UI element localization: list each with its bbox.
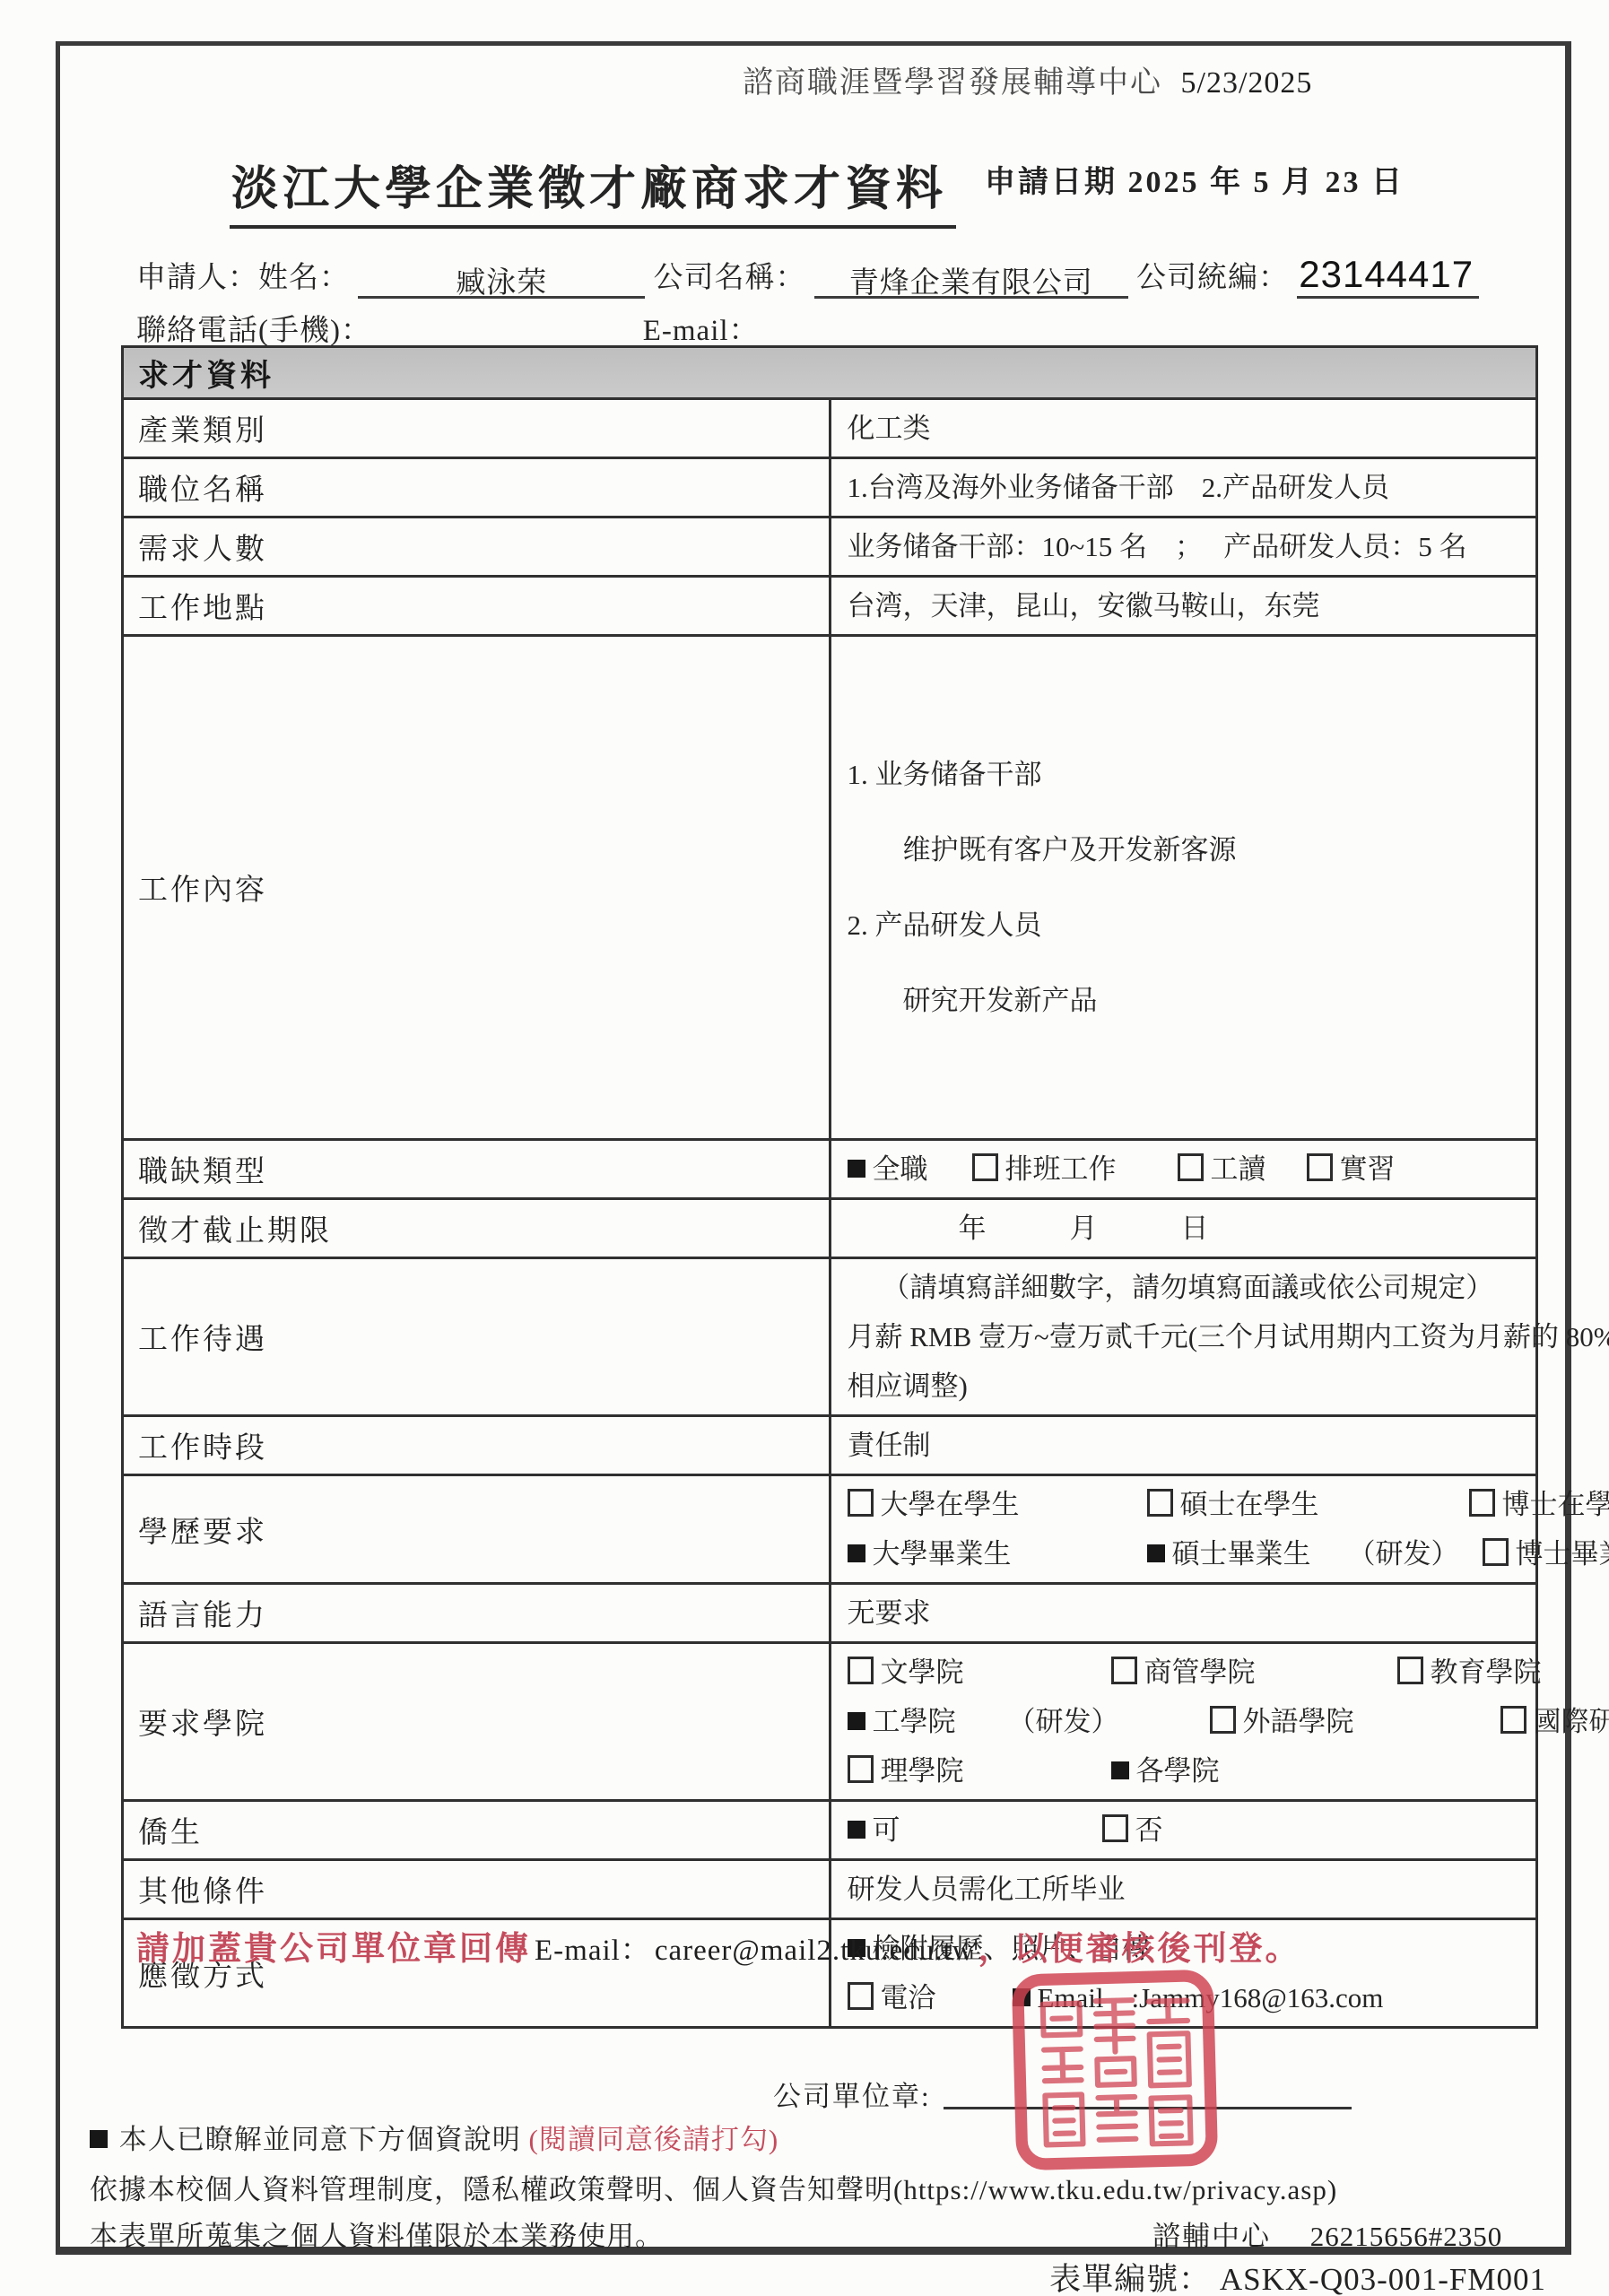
row-value: 年 月 日: [830, 1199, 1537, 1258]
form-title-row: 淡江大學企業徵才廠商求才資料 申請日期 2025 年 5 月 23 日: [230, 151, 1405, 229]
checkbox-filled-icon: [848, 1821, 865, 1839]
row-label: 學歷要求: [123, 1475, 831, 1584]
table-row: 其他條件研发人员需化工所毕业: [123, 1860, 1537, 1919]
center-header: 諮商職涯暨學習發展輔導中心 5/23/2025: [743, 57, 1312, 101]
cell-text: 年 月 日: [848, 1204, 1209, 1253]
checkbox-option-checked: 各學院: [1111, 1746, 1220, 1796]
checkbox-filled-icon: [1111, 1761, 1129, 1779]
stamp-return-notice: 請加蓋貴公司單位章回傳 E-mail： career@mail2.tku.edu…: [136, 1921, 1301, 1970]
notice-red-suffix: ，以便審核後刊登。: [978, 1931, 1301, 1968]
phone-blank: [379, 309, 572, 349]
checkbox-option-unchecked: 電洽: [848, 1973, 1000, 2022]
checkbox-option-checked: 大學畢業生: [848, 1529, 1135, 1578]
row-value: （請填寫詳細數字，請勿填寫面議或依公司規定）月薪 RMB 壹万~壹万贰千元(三个…: [830, 1258, 1537, 1416]
company-seal-stamp: [1009, 1967, 1221, 2173]
checkbox-option-unchecked: 國際研究學院: [1500, 1697, 1609, 1746]
checkbox-empty-icon: [1397, 1657, 1423, 1684]
checkbox-option-checked: 可: [848, 1805, 1090, 1855]
consent-text: 本人已瞭解並同意下方個資說明: [119, 2124, 521, 2155]
cell-text: 1.台湾及海外业务储备干部 2.产品研发人员: [848, 463, 1390, 512]
checkbox-empty-icon: [1178, 1153, 1204, 1181]
checkbox-empty-icon: [848, 1489, 874, 1517]
notice-email-label: E-mail：: [535, 1935, 651, 1967]
cell-text: 2. 产品研发人员: [848, 888, 1042, 963]
row-label: 工作地點: [123, 577, 831, 636]
company-name-label: 公司名稱：: [654, 262, 806, 294]
checkbox-option-unchecked: 實習: [1307, 1144, 1396, 1194]
privacy-policy-line: 依據本校個人資料管理制度，隱私權政策聲明、個人資告知聲明(https://www…: [90, 2167, 1337, 2207]
option-label: 碩士畢業生: [1172, 1538, 1311, 1570]
option-label: 各學院: [1136, 1755, 1220, 1787]
checkbox-option-unchecked: 理學院: [848, 1746, 1099, 1796]
notice-red-prefix: 請加蓋貴公司單位章回傳: [136, 1931, 531, 1968]
row-label: 僑生: [123, 1801, 831, 1860]
checkbox-filled-icon: [848, 1160, 865, 1178]
cell-text: 台湾，天津，昆山，安徽马鞍山，东莞: [848, 581, 1320, 631]
table-row: 職位名稱1.台湾及海外业务储备干部 2.产品研发人员: [123, 458, 1537, 517]
tax-id-value: 23144417: [1297, 253, 1479, 299]
option-label: 國際研究學院: [1534, 1706, 1609, 1737]
checkbox-empty-icon: [972, 1153, 998, 1181]
center-contact-line: 諮輔中心 26215656#2350: [1152, 2213, 1502, 2254]
row-value: 无要求: [830, 1584, 1537, 1643]
cell-text: 业务储备干部：10~15 名 ； 产品研发人员：5 名: [848, 522, 1467, 571]
job-info-table: 求才資料 產業類別化工类職位名稱1.台湾及海外业务储备干部 2.产品研发人员需求…: [121, 345, 1538, 2029]
cell-text: 维护既有客户及开发新客源: [848, 813, 1237, 888]
center-contact-name: 諮輔中心: [1152, 2221, 1271, 2252]
applicant-line-1: 申請人：姓名： 臧泳荣 公司名稱： 青烽企業有限公司 公司統編： 2314441…: [136, 253, 1479, 299]
option-label: 文學院: [881, 1657, 964, 1688]
row-label: 工作時段: [123, 1416, 831, 1475]
checkbox-option-unchecked: 大學在學生: [848, 1480, 1135, 1529]
option-label: 博士在學生: [1502, 1489, 1609, 1520]
applicant-name-value: 臧泳荣: [358, 259, 645, 299]
checkbox-empty-icon: [1483, 1538, 1509, 1566]
checkbox-empty-icon: [848, 1982, 874, 2010]
row-label: 工作待遇: [123, 1258, 831, 1416]
checkbox-option-unchecked: 否: [1102, 1805, 1163, 1855]
row-value: 全職排班工作工讀實習: [830, 1140, 1537, 1199]
row-value: 文學院商管學院教育學院工學院（研发）外語學院國際研究學院理學院各學院: [830, 1643, 1537, 1801]
option-label: 碩士在學生: [1180, 1489, 1319, 1520]
cell-text: 責任制: [848, 1421, 931, 1470]
table-section-header-row: 求才資料: [123, 347, 1537, 399]
checkbox-empty-icon: [1147, 1489, 1173, 1517]
checkbox-empty-icon: [1500, 1706, 1526, 1734]
option-label: 工讀: [1211, 1153, 1266, 1185]
center-contact-phone: 26215656#2350: [1310, 2221, 1503, 2252]
table-row: 工作地點台湾，天津，昆山，安徽马鞍山，东莞: [123, 577, 1537, 636]
checkbox-option-unchecked: 博士畢業生: [1483, 1529, 1609, 1578]
job-table-body: 求才資料 產業類別化工类職位名稱1.台湾及海外业务储备干部 2.产品研发人员需求…: [123, 347, 1537, 2028]
table-row: 僑生可否: [123, 1801, 1537, 1860]
row-label: 徵才截止期限: [123, 1199, 831, 1258]
option-label: 外語學院: [1243, 1706, 1354, 1737]
row-label: 職位名稱: [123, 458, 831, 517]
row-value: 可否: [830, 1801, 1537, 1860]
cell-text: 无要求: [848, 1588, 931, 1638]
checkbox-option-unchecked: 教育學院: [1397, 1648, 1542, 1697]
form-number-value: ASKX-Q03-001-FM001: [1220, 2262, 1546, 2296]
table-row: 職缺類型全職排班工作工讀實習: [123, 1140, 1537, 1199]
row-value: 台湾，天津，昆山，安徽马鞍山，东莞: [830, 577, 1537, 636]
option-label: 實習: [1340, 1153, 1396, 1185]
table-row: 徵才截止期限 年 月 日: [123, 1199, 1537, 1258]
cell-text: 相应调整): [848, 1361, 968, 1411]
row-value: 业务储备干部：10~15 名 ； 产品研发人员：5 名: [830, 517, 1537, 577]
cell-text: （請填寫詳細數字，請勿填寫面議或依公司規定）: [882, 1263, 1493, 1312]
option-label: 博士畢業生: [1516, 1538, 1609, 1570]
phone-label: 聯絡電話(手機)：: [136, 315, 371, 347]
company-name-value: 青烽企業有限公司: [814, 259, 1128, 299]
consent-line: 本人已瞭解並同意下方個資說明 (閱讀同意後請打勾): [90, 2117, 778, 2157]
option-label: 大學畢業生: [873, 1538, 1012, 1570]
form-number-label: 表單編號：: [1049, 2262, 1211, 2296]
option-label: 商管學院: [1144, 1657, 1256, 1688]
consent-checkbox-filled-icon: [90, 2130, 108, 2148]
table-row: 語言能力无要求: [123, 1584, 1537, 1643]
checkbox-option-unchecked: 外語學院: [1210, 1697, 1488, 1746]
row-value: 大學在學生碩士在學生博士在學生大學畢業生碩士畢業生（研发）博士畢業生: [830, 1475, 1537, 1584]
cell-text: （研发）: [1348, 1529, 1483, 1578]
form-number-line: 表單編號： ASKX-Q03-001-FM001: [1049, 2255, 1546, 2296]
table-row: 工作時段責任制: [123, 1416, 1537, 1475]
option-label: 工學院: [873, 1706, 956, 1737]
tax-id-label: 公司統編：: [1136, 262, 1289, 294]
email-label: E-mail：: [643, 315, 760, 347]
apply-date: 申請日期 2025 年 5 月 23 日: [985, 166, 1405, 199]
section-header: 求才資料: [123, 347, 1537, 399]
checkbox-option-checked: 碩士畢業生: [1147, 1529, 1335, 1578]
option-label: 否: [1135, 1814, 1163, 1846]
checkbox-filled-icon: [1147, 1544, 1165, 1562]
checkbox-option-unchecked: 碩士在學生: [1147, 1480, 1457, 1529]
option-label: 理學院: [881, 1755, 964, 1787]
checkbox-filled-icon: [848, 1544, 865, 1562]
notice-email-address: career@mail2.tku.edu.tw: [655, 1935, 975, 1967]
consent-red-hint: (閱讀同意後請打勾): [529, 2124, 779, 2155]
checkbox-empty-icon: [848, 1657, 874, 1684]
cell-text: 化工类: [848, 404, 931, 453]
option-label: 全職: [873, 1153, 928, 1185]
row-label: 其他條件: [123, 1860, 831, 1919]
option-label: 電洽: [881, 1982, 936, 2013]
checkbox-empty-icon: [1210, 1706, 1236, 1734]
checkbox-option-checked: 全職: [848, 1144, 960, 1194]
cell-text: 研发人员需化工所毕业: [848, 1865, 1126, 1914]
row-label: 需求人數: [123, 517, 831, 577]
table-row: 產業類別化工类: [123, 399, 1537, 458]
table-row: 需求人數业务储备干部：10~15 名 ； 产品研发人员：5 名: [123, 517, 1537, 577]
table-row: 學歷要求大學在學生碩士在學生博士在學生大學畢業生碩士畢業生（研发）博士畢業生: [123, 1475, 1537, 1584]
row-label: 工作內容: [123, 636, 831, 1140]
cell-text: （研发）: [1008, 1697, 1210, 1746]
checkbox-option-unchecked: 文學院: [848, 1648, 1099, 1697]
row-value: 研发人员需化工所毕业: [830, 1860, 1537, 1919]
table-row: 要求學院文學院商管學院教育學院工學院（研发）外語學院國際研究學院理學院各學院: [123, 1643, 1537, 1801]
cell-text: 月薪 RMB 壹万~壹万贰千元(三个月试用期内工资为月薪的 80%，工资会随岗位…: [848, 1312, 1609, 1361]
row-value: 1.台湾及海外业务储备干部 2.产品研发人员: [830, 458, 1537, 517]
option-label: 可: [873, 1814, 900, 1846]
email-blank: [803, 309, 1076, 349]
form-title: 淡江大學企業徵才廠商求才資料: [230, 151, 956, 229]
cell-text: 1. 业务储备干部: [848, 737, 1042, 813]
checkbox-option-unchecked: 排班工作: [972, 1144, 1165, 1194]
option-label: 大學在學生: [881, 1489, 1020, 1520]
checkbox-option-unchecked: 工讀: [1178, 1144, 1294, 1194]
row-label: 語言能力: [123, 1584, 831, 1643]
option-label: 排班工作: [1005, 1153, 1117, 1185]
row-value: 1. 业务储备干部 维护既有客户及开发新客源2. 产品研发人员 研究开发新产品: [830, 636, 1537, 1140]
checkbox-empty-icon: [848, 1755, 874, 1783]
checkbox-empty-icon: [1307, 1153, 1333, 1181]
row-value: 化工类: [830, 399, 1537, 458]
checkbox-empty-icon: [1111, 1657, 1137, 1684]
checkbox-option-checked: 工學院: [848, 1697, 996, 1746]
checkbox-empty-icon: [1469, 1489, 1495, 1517]
applicant-line-2: 聯絡電話(手機)： E-mail：: [136, 307, 1076, 349]
row-label: 要求學院: [123, 1643, 831, 1801]
checkbox-empty-icon: [1102, 1814, 1128, 1842]
table-row: 工作待遇（請填寫詳細數字，請勿填寫面議或依公司規定）月薪 RMB 壹万~壹万贰千…: [123, 1258, 1537, 1416]
row-label: 職缺類型: [123, 1140, 831, 1199]
center-header-date: 5/23/2025: [1181, 66, 1313, 100]
row-value: 責任制: [830, 1416, 1537, 1475]
row-label: 產業類別: [123, 399, 831, 458]
option-label: 教育學院: [1431, 1657, 1542, 1688]
cell-text: 研究开发新产品: [848, 963, 1098, 1039]
checkbox-option-unchecked: 博士在學生: [1469, 1480, 1609, 1529]
center-header-name: 諮商職涯暨學習發展輔導中心: [743, 66, 1162, 100]
applicant-name-label: 申請人：姓名：: [136, 262, 350, 294]
company-stamp-label: 公司單位章:: [773, 2074, 931, 2114]
table-row: 工作內容1. 业务储备干部 维护既有客户及开发新客源2. 产品研发人员 研究开发…: [123, 636, 1537, 1140]
data-usage-line: 本表單所蒐集之個人資料僅限於本業務使用。: [90, 2213, 664, 2254]
checkbox-option-unchecked: 商管學院: [1111, 1648, 1385, 1697]
checkbox-filled-icon: [848, 1712, 865, 1730]
